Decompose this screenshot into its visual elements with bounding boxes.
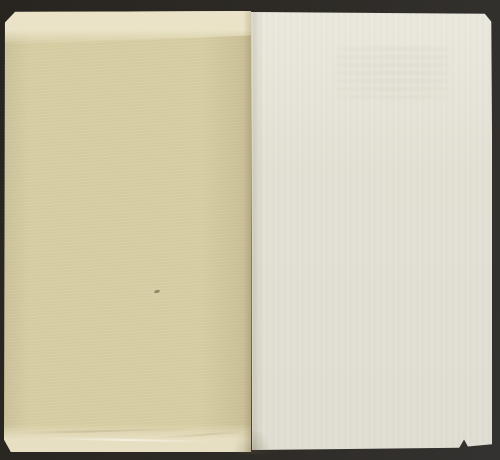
left-page-top-deckle: [4, 11, 251, 45]
book-scan: [0, 0, 500, 460]
left-page: [4, 11, 251, 452]
gutter-shadow-left: [243, 11, 251, 452]
show-through-text-ghost: [337, 48, 449, 102]
dust-speck: [154, 289, 161, 293]
gutter-shadow-right: [251, 12, 263, 450]
right-page: [251, 12, 492, 450]
gutter-foot-shadow: [232, 428, 272, 454]
